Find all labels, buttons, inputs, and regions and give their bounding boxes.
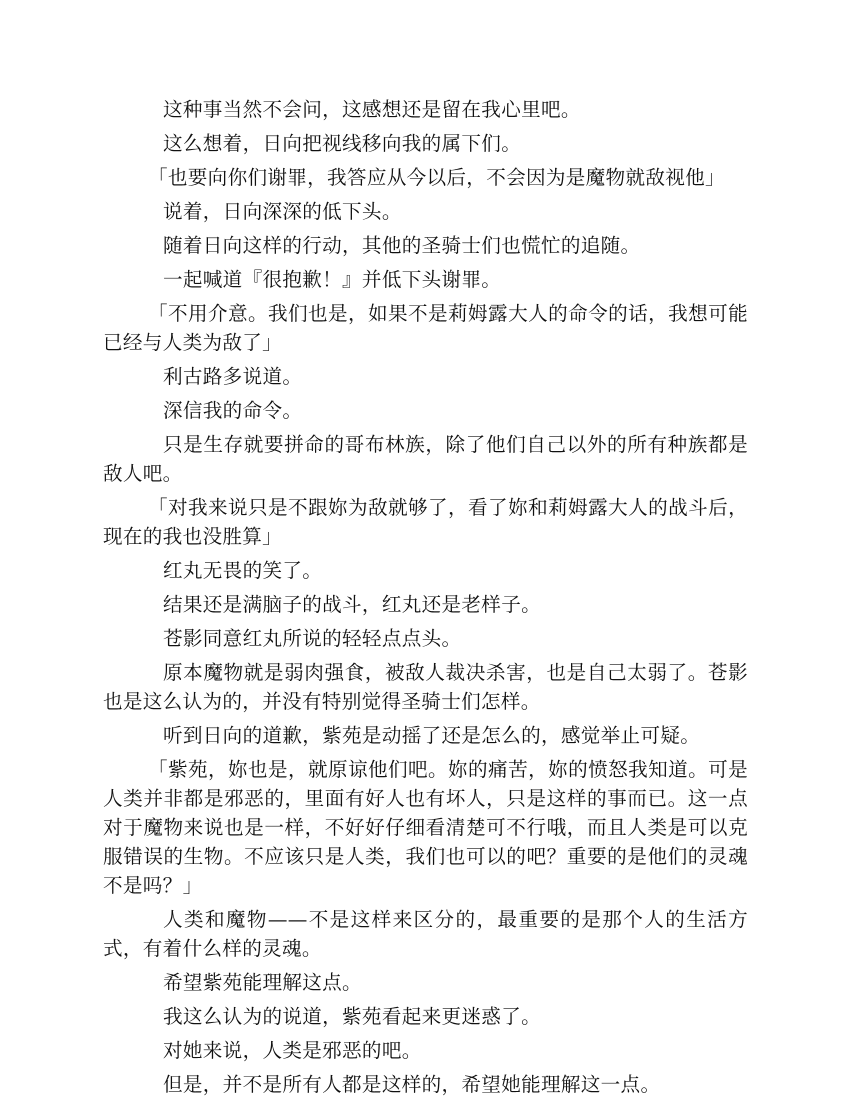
paragraph: 随着日向这样的行动，其他的圣骑士们也慌忙的追随。 bbox=[103, 231, 748, 260]
paragraph: 对她来说，人类是邪恶的吧。 bbox=[103, 1036, 748, 1065]
paragraph: 结果还是满脑子的战斗，红丸还是老样子。 bbox=[103, 590, 748, 619]
paragraph: 苍影同意红丸所说的轻轻点点头。 bbox=[103, 624, 748, 653]
paragraph: 原本魔物就是弱肉强食，被敌人裁决杀害，也是自己太弱了。苍影也是这么认为的，并没有… bbox=[103, 658, 748, 716]
document-page: 这种事当然不会问，这感想还是留在我心里吧。 这么想着，日向把视线移向我的属下们。… bbox=[103, 95, 748, 1100]
dialogue-paragraph: 「紫苑，妳也是，就原谅他们吧。妳的痛苦，妳的愤怒我知道。可是人类并非都是邪恶的，… bbox=[103, 755, 748, 900]
paragraph: 利古路多说道。 bbox=[103, 362, 748, 391]
paragraph: 只是生存就要拼命的哥布林族，除了他们自己以外的所有种族都是敌人吧。 bbox=[103, 430, 748, 488]
dialogue-paragraph: 「对我来说只是不跟妳为敌就够了，看了妳和莉姆露大人的战斗后，现在的我也没胜算」 bbox=[103, 493, 748, 551]
paragraph: 但是，并不是所有人都是这样的，希望她能理解这一点。 bbox=[103, 1070, 748, 1099]
paragraph: 这么想着，日向把视线移向我的属下们。 bbox=[103, 129, 748, 158]
dialogue-paragraph: 「也要向你们谢罪，我答应从今以后，不会因为是魔物就敌视他」 bbox=[103, 163, 748, 192]
paragraph: 说着，日向深深的低下头。 bbox=[103, 197, 748, 226]
paragraph: 我这么认为的说道，紫苑看起来更迷惑了。 bbox=[103, 1002, 748, 1031]
paragraph: 深信我的命令。 bbox=[103, 396, 748, 425]
paragraph: 听到日向的道歉，紫苑是动摇了还是怎么的，感觉举止可疑。 bbox=[103, 721, 748, 750]
paragraph: 这种事当然不会问，这感想还是留在我心里吧。 bbox=[103, 95, 748, 124]
dialogue-paragraph: 「不用介意。我们也是，如果不是莉姆露大人的命令的话，我想可能已经与人类为敌了」 bbox=[103, 299, 748, 357]
paragraph: 希望紫苑能理解这点。 bbox=[103, 968, 748, 997]
paragraph: 人类和魔物——不是这样来区分的，最重要的是那个人的生活方式，有着什么样的灵魂。 bbox=[103, 905, 748, 963]
paragraph: 红丸无畏的笑了。 bbox=[103, 556, 748, 585]
paragraph: 一起喊道『很抱歉！』并低下头谢罪。 bbox=[103, 265, 748, 294]
